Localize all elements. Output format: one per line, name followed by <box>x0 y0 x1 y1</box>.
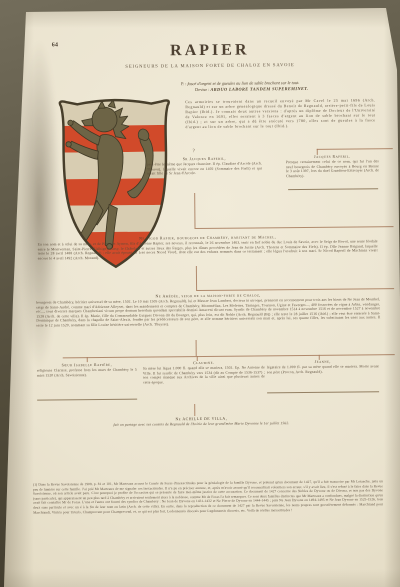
blazon-block: P. : fascé d'argent et de gueules au lio… <box>181 79 361 93</box>
page-content: 64 RAPIER SEIGNEURS DE LA MAISON FORTE D… <box>0 0 400 587</box>
node-body: En son nom et à celui de sa mère, et de … <box>38 239 378 260</box>
page-title: RAPIER <box>110 41 310 60</box>
tree-node-jacques-chanoine: Sr Jacques Raperil, peut-être le même qu… <box>147 156 262 176</box>
motto-line: Devise : ARDUO LABORE TANDEM SUPEREMINET… <box>195 85 361 93</box>
tree-connector-line <box>317 148 393 150</box>
intro-paragraph: Ces armoiries se trouvaient dans un recu… <box>185 98 375 130</box>
tree-node-claudine: Claudine. Sa mère lui légua 1.000 fl. qu… <box>143 360 265 384</box>
node-body: Presque certainement celui de ce nom, qu… <box>286 159 379 178</box>
tree-node-jacques-bourgeois: Jacques Raperil. Presque certainement ce… <box>286 154 379 178</box>
node-body: légataire de 1.000 fl. par sa mère quand… <box>267 364 379 374</box>
footnote-paragraph: (1) Dans la Revue Savoisienne de 1908, p… <box>33 479 383 515</box>
tree-connector-line <box>194 404 195 416</box>
tree-separator-rule <box>37 399 137 401</box>
node-body: fait un partage avec ses cousins de Regn… <box>91 421 311 428</box>
uncertain-link-mark: ? <box>184 149 204 154</box>
node-body: Sa mère lui légua 1.000 fl. quand elle s… <box>143 365 265 384</box>
blazon-label: P. : <box>181 81 186 86</box>
tree-node-achille: Ne ACHILLE DE VILLA, fait un partage ave… <box>91 416 311 428</box>
tree-connector-line <box>195 226 394 229</box>
page-photo: { "page_number": "64", "title": "RAPIER"… <box>0 0 400 587</box>
tree-connector-line <box>87 357 88 362</box>
tree-node-amedee: Ne Amédée, seigr de la maison-forte de C… <box>36 292 380 327</box>
node-body: religieuse Clarisse, professe hors les m… <box>37 368 137 378</box>
tree-connector-line <box>196 288 394 291</box>
page-number: 64 <box>52 42 59 48</box>
book-page: 64 RAPIER SEIGNEURS DE LA MAISON FORTE D… <box>0 0 400 587</box>
blazon-text: fascé d'argent et de gueules au lion de … <box>187 80 299 86</box>
tree-separator-rule <box>288 188 378 190</box>
motto-label: Devise : <box>195 87 209 92</box>
motto-text: ARDUO LABORE TANDEM SUPEREMINET. <box>210 86 308 92</box>
tree-node-jeanne: Jeanne, légataire de 1.000 fl. par sa mè… <box>267 359 379 374</box>
tree-connector-line <box>196 266 197 290</box>
tree-node-isabelle: Sœur Isabelle Rapière, religieuse Claris… <box>37 363 137 378</box>
tree-node-sigod: Ne Sigod Rapier, bourgeois de Chambéry, … <box>38 234 378 260</box>
node-body: peut-être le même que Jacques chanoine. … <box>147 161 262 176</box>
tree-separator-rule <box>267 391 379 393</box>
tree-connector-line <box>194 193 195 228</box>
tree-connector-line <box>63 354 395 358</box>
node-body: bourgeois de Chambéry, héritier universe… <box>36 297 380 327</box>
page-subtitle: SEIGNEURS DE LA MAISON FORTE DE CHALOZ E… <box>90 62 330 69</box>
tree-connector-line <box>196 340 197 356</box>
